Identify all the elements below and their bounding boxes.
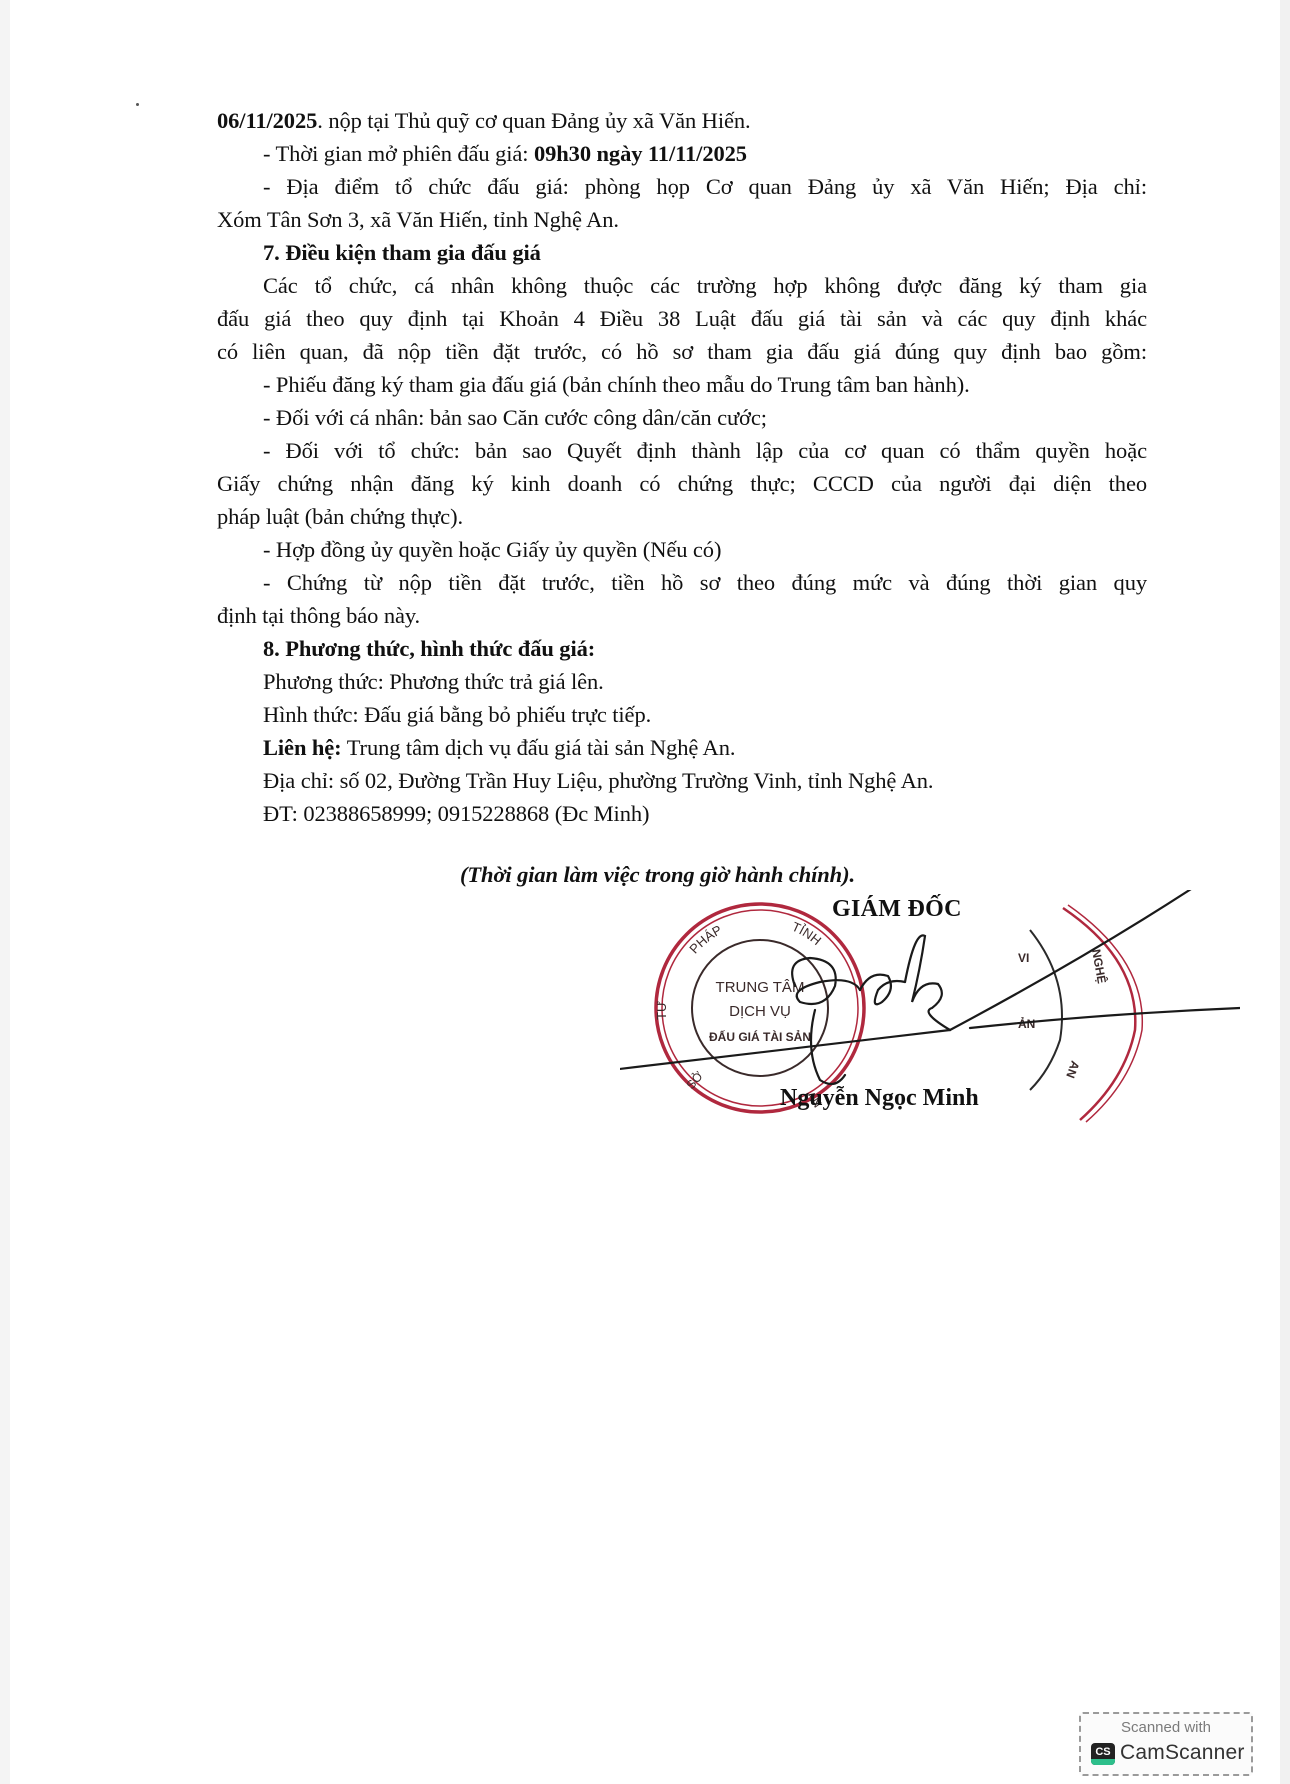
document-line: 8. Phương thức, hình thức đấu giá: (217, 632, 1147, 665)
document-line: - Phiếu đăng ký tham gia đấu giá (bản ch… (217, 368, 1147, 401)
scan-speck (136, 103, 139, 106)
seal-fragment-text: NGHỆ (1089, 948, 1110, 985)
text: Hình thức: Đấu giá bằng bỏ phiếu trực ti… (263, 702, 651, 727)
text: - Đối với cá nhân: bản sao Căn cước công… (263, 405, 767, 430)
bold-text: 06/11/2025 (217, 108, 317, 133)
camscanner-logo-icon: CS (1091, 1743, 1115, 1765)
document-line: có liên quan, đã nộp tiền đặt trước, có … (217, 335, 1147, 368)
working-hours-note: (Thời gian làm việc trong giờ hành chính… (330, 858, 855, 891)
document-line: - Địa điểm tổ chức đấu giá: phòng họp Cơ… (217, 170, 1147, 203)
document-line: 06/11/2025. nộp tại Thủ quỹ cơ quan Đảng… (217, 104, 1147, 137)
scan-right-edge (1280, 0, 1290, 1784)
document-line: định tại thông báo này. (217, 599, 1147, 632)
text: - Đối với tổ chức: bản sao Quyết định th… (263, 438, 1147, 463)
text: Địa chỉ: số 02, Đường Trần Huy Liệu, phư… (263, 768, 933, 793)
document-line: Giấy chứng nhận đăng ký kinh doanh có ch… (217, 467, 1147, 500)
text: - Hợp đồng ủy quyền hoặc Giấy ủy quyền (… (263, 537, 721, 562)
text: có liên quan, đã nộp tiền đặt trước, có … (217, 339, 1147, 364)
text: - Địa điểm tổ chức đấu giá: phòng họp Cơ… (263, 174, 1147, 199)
text: Phương thức: Phương thức trả giá lên. (263, 669, 604, 694)
text: pháp luật (bản chứng thực). (217, 504, 463, 529)
document-line: - Thời gian mở phiên đấu giá: 09h30 ngày… (217, 137, 1147, 170)
text: ĐT: 02388658999; 0915228868 (Đc Minh) (263, 801, 649, 826)
document-line: - Chứng từ nộp tiền đặt trước, tiền hồ s… (217, 566, 1147, 599)
document-line: - Đối với tổ chức: bản sao Quyết định th… (217, 434, 1147, 467)
document-line: - Hợp đồng ủy quyền hoặc Giấy ủy quyền (… (217, 533, 1147, 566)
text: . nộp tại Thủ quỹ cơ quan Đảng ủy xã Văn… (317, 108, 750, 133)
text: Giấy chứng nhận đăng ký kinh doanh có ch… (217, 471, 1147, 496)
document-line: Hình thức: Đấu giá bằng bỏ phiếu trực ti… (217, 698, 1147, 731)
seal-fragment-text: AN (1063, 1059, 1082, 1080)
watermark-caption: Scanned with (1081, 1719, 1251, 1736)
signatory-title: GIÁM ĐỐC (832, 896, 962, 923)
seal-inner-line: ĐẤU GIÁ TÀI SẢN (709, 1029, 811, 1044)
document-line: đấu giá theo quy định tại Khoản 4 Điều 3… (217, 302, 1147, 335)
text: Các tổ chức, cá nhân không thuộc các trư… (263, 273, 1147, 298)
scan-left-edge (0, 0, 10, 1784)
seal-inner-line: TRUNG TÂM (716, 979, 805, 996)
document-line: 7. Điều kiện tham gia đấu giá (217, 236, 1147, 269)
seal-outer-text-left: TƯ (654, 1001, 669, 1020)
seal-fragment-text: VI (1018, 951, 1029, 965)
camscanner-watermark: Scanned with CS CamScanner (1079, 1712, 1253, 1776)
watermark-brand: CamScanner (1120, 1741, 1245, 1765)
document-line: Phương thức: Phương thức trả giá lên. (217, 665, 1147, 698)
bold-text: 7. Điều kiện tham gia đấu giá (263, 240, 541, 265)
document-body: 06/11/2025. nộp tại Thủ quỹ cơ quan Đảng… (217, 104, 1147, 830)
bold-text: 09h30 ngày 11/11/2025 (534, 141, 747, 166)
text: đấu giá theo quy định tại Khoản 4 Điều 3… (217, 306, 1147, 331)
bold-text: 8. Phương thức, hình thức đấu giá: (263, 636, 595, 661)
document-line: Địa chỉ: số 02, Đường Trần Huy Liệu, phư… (217, 764, 1147, 797)
document-line: ĐT: 02388658999; 0915228868 (Đc Minh) (217, 797, 1147, 830)
text: - Chứng từ nộp tiền đặt trước, tiền hồ s… (263, 570, 1147, 595)
document-line: Các tổ chức, cá nhân không thuộc các trư… (217, 269, 1147, 302)
text: định tại thông báo này. (217, 603, 420, 628)
text: Trung tâm dịch vụ đấu giá tài sản Nghệ A… (342, 735, 736, 760)
bold-text: Liên hệ: (263, 735, 342, 760)
text: - Phiếu đăng ký tham gia đấu giá (bản ch… (263, 372, 970, 397)
document-line: - Đối với cá nhân: bản sao Căn cước công… (217, 401, 1147, 434)
text: - Thời gian mở phiên đấu giá: (263, 141, 534, 166)
document-line: Liên hệ: Trung tâm dịch vụ đấu giá tài s… (217, 731, 1147, 764)
document-line: pháp luật (bản chứng thực). (217, 500, 1147, 533)
seal-inner-line: DỊCH VỤ (729, 1003, 791, 1020)
signer-name: Nguyễn Ngọc Minh (780, 1085, 979, 1112)
text: Xóm Tân Sơn 3, xã Văn Hiến, tỉnh Nghệ An… (217, 207, 619, 232)
document-line: Xóm Tân Sơn 3, xã Văn Hiến, tỉnh Nghệ An… (217, 203, 1147, 236)
